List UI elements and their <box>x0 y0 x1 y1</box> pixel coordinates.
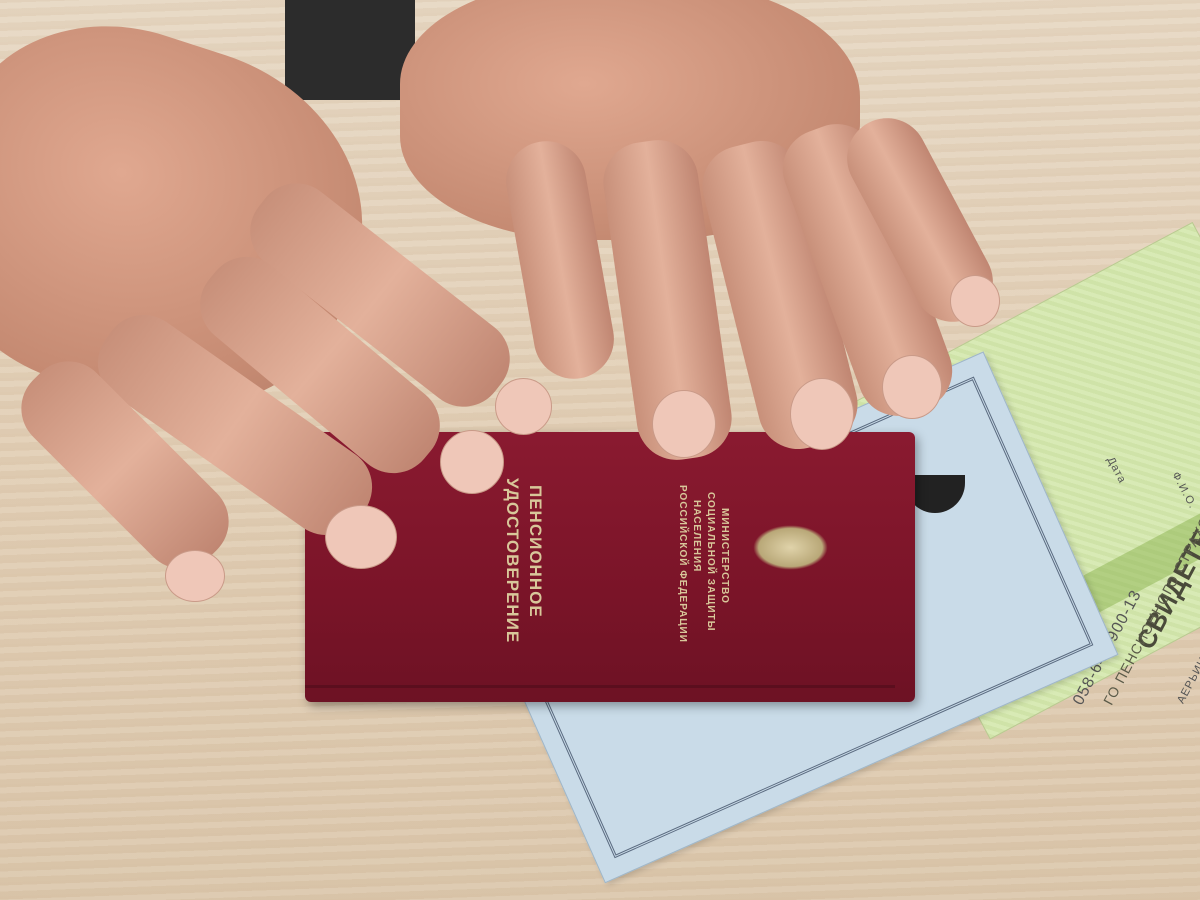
fingernail <box>652 390 716 458</box>
sleeve <box>285 0 415 100</box>
photo-scene: СВИДЕТЕЛЬСТВО ГО ПЕНСИОННОГО СТРАХОВАНИЯ… <box>0 0 1200 900</box>
book-edge <box>305 685 895 688</box>
pension-title-line1: ПЕНСИОННОЕ <box>525 485 545 618</box>
fingernail <box>790 378 854 450</box>
coat-of-arms-icon <box>753 525 828 570</box>
issuer-line3: НАСЕЛЕНИЯ <box>691 500 702 572</box>
fingernail <box>440 430 504 494</box>
issuer-line2: СОЦИАЛЬНОЙ ЗАЩИТЫ <box>705 492 716 632</box>
fingernail <box>165 550 225 602</box>
fingernail <box>882 355 942 419</box>
issuer-line1: МИНИСТЕРСТВО <box>719 508 730 604</box>
fingernail <box>950 275 1000 327</box>
card-place: АЕРЬИНЫ <box>1175 645 1200 705</box>
fingernail <box>495 378 552 435</box>
pension-title-line2: УДОСТОВЕРЕНИЕ <box>502 478 522 643</box>
issuer-line4: РОССИЙСКОЙ ФЕДЕРАЦИИ <box>677 485 688 643</box>
fingernail <box>325 505 397 569</box>
